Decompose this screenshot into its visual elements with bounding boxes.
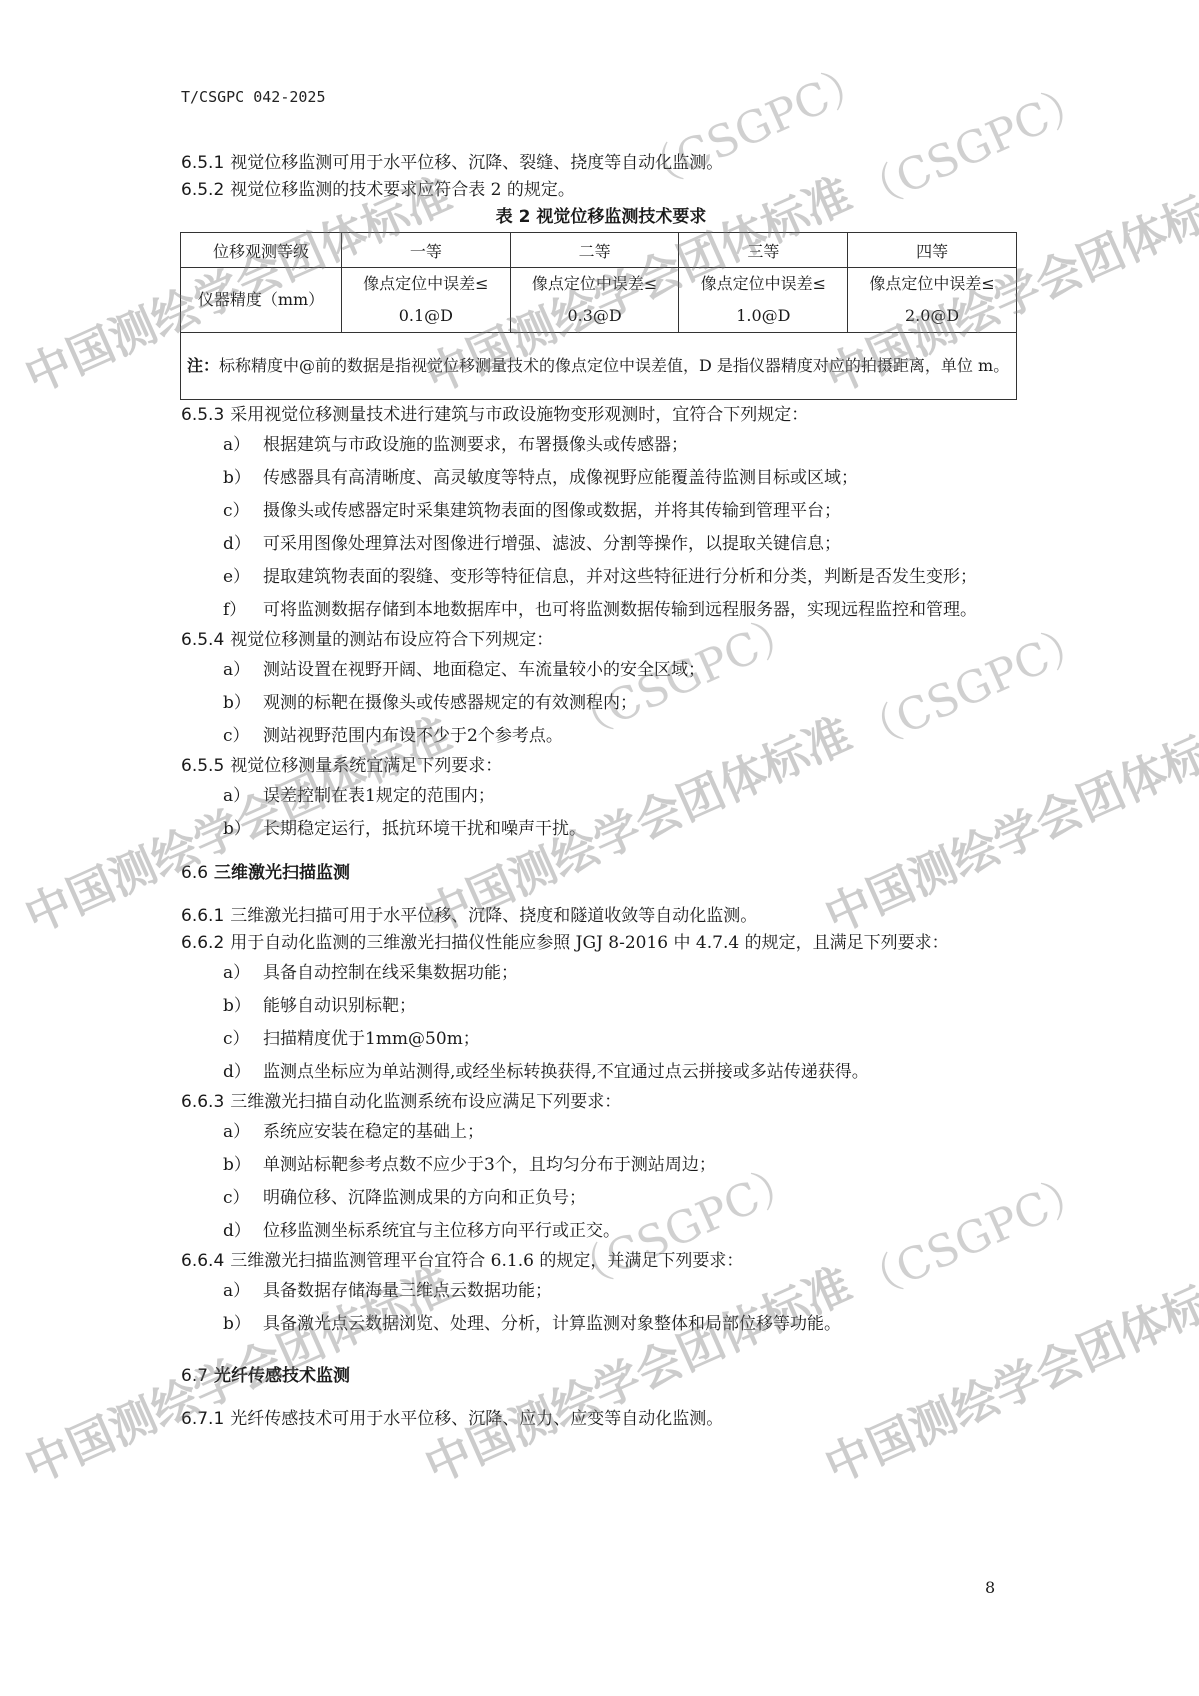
- list-item: c）摄像头或传感器定时采集建筑物表面的图像或数据，并将其传输到管理平台；: [181, 495, 1021, 528]
- table-note: 注：标称精度中@前的数据是指视觉位移测量技术的像点定位中误差值，D 是指仪器精度…: [181, 333, 1017, 400]
- document-page: T/CSGPC 042-2025 6.5.1视觉位移监测可用于水平位移、沉降、裂…: [0, 0, 1199, 1696]
- table-caption: 表 2 视觉位移监测技术要求: [181, 204, 1021, 230]
- clause-6-6-4: 6.6.4三维激光扫描监测管理平台宜符合 6.1.6 的规定，并满足下列要求：: [181, 1248, 1021, 1275]
- clause-6-5-2: 6.5.2视觉位移监测的技术要求应符合表 2 的规定。: [181, 177, 1021, 204]
- table-header-cell: 位移观测等级: [181, 233, 342, 268]
- list-item: a）系统应安装在稳定的基础上；: [181, 1116, 1021, 1149]
- page-number: 8: [985, 1578, 995, 1597]
- table-cell: 像点定位中误差≤0.3@D: [510, 268, 679, 333]
- table-cell: 像点定位中误差≤1.0@D: [679, 268, 848, 333]
- clause-6-6-2: 6.6.2用于自动化监测的三维激光扫描仪性能应参照 JGJ 8-2016 中 4…: [181, 930, 1021, 957]
- list-item: b）观测的标靶在摄像头或传感器规定的有效测程内；: [181, 687, 1021, 720]
- list-item: c）扫描精度优于1mm@50m；: [181, 1023, 1021, 1056]
- document-code: T/CSGPC 042-2025: [181, 88, 326, 106]
- list-item: d）监测点坐标应为单站测得,或经坐标转换获得,不宜通过点云拼接或多站传递获得。: [181, 1056, 1021, 1089]
- list-item: d）可采用图像处理算法对图像进行增强、滤波、分割等操作，以提取关键信息；: [181, 528, 1021, 561]
- table-header-cell: 二等: [510, 233, 679, 268]
- list-item: a）具备数据存储海量三维点云数据功能；: [181, 1275, 1021, 1308]
- page-content: 6.5.1视觉位移监测可用于水平位移、沉降、裂缝、挠度等自动化监测。 6.5.2…: [181, 150, 1021, 1433]
- list-item: b）单测站标靶参考点数不应少于3个，且均匀分布于测站周边；: [181, 1149, 1021, 1182]
- technical-requirements-table: 位移观测等级 一等 二等 三等 四等 仪器精度（mm） 像点定位中误差≤0.1@…: [180, 232, 1017, 400]
- section-heading-6-6: 6.6三维激光扫描监测: [181, 860, 1021, 887]
- clause-6-5-4: 6.5.4视觉位移测量的测站布设应符合下列规定：: [181, 627, 1021, 654]
- table-note-row: 注：标称精度中@前的数据是指视觉位移测量技术的像点定位中误差值，D 是指仪器精度…: [181, 333, 1017, 400]
- clause-6-6-3: 6.6.3三维激光扫描自动化监测系统布设应满足下列要求：: [181, 1089, 1021, 1116]
- row-label: 仪器精度（mm）: [181, 268, 342, 333]
- table-cell: 像点定位中误差≤2.0@D: [848, 268, 1017, 333]
- list-item: b）长期稳定运行，抵抗环境干扰和噪声干扰。: [181, 813, 1021, 846]
- list-item: f）可将监测数据存储到本地数据库中，也可将监测数据传输到远程服务器，实现远程监控…: [181, 594, 1021, 627]
- list-item: a）误差控制在表1规定的范围内；: [181, 780, 1021, 813]
- list-item: a）测站设置在视野开阔、地面稳定、车流量较小的安全区域；: [181, 654, 1021, 687]
- clause-6-7-1: 6.7.1光纤传感技术可用于水平位移、沉降、应力、应变等自动化监测。: [181, 1406, 1021, 1433]
- list-item: b）具备激光点云数据浏览、处理、分析，计算监测对象整体和局部位移等功能。: [181, 1308, 1021, 1341]
- list-item: c）测站视野范围内布设不少于2个参考点。: [181, 720, 1021, 753]
- list-item: a）具备自动控制在线采集数据功能；: [181, 957, 1021, 990]
- table-cell: 像点定位中误差≤0.1@D: [342, 268, 511, 333]
- clause-6-5-3: 6.5.3采用视觉位移测量技术进行建筑与市政设施物变形观测时，宜符合下列规定：: [181, 402, 1021, 429]
- clause-6-5-5: 6.5.5视觉位移测量系统宜满足下列要求：: [181, 753, 1021, 780]
- clause-6-6-1: 6.6.1三维激光扫描可用于水平位移、沉降、挠度和隧道收敛等自动化监测。: [181, 903, 1021, 930]
- list-item: c）明确位移、沉降监测成果的方向和正负号；: [181, 1182, 1021, 1215]
- clause-6-5-1: 6.5.1视觉位移监测可用于水平位移、沉降、裂缝、挠度等自动化监测。: [181, 150, 1021, 177]
- table-header-cell: 一等: [342, 233, 511, 268]
- list-item: b）能够自动识别标靶；: [181, 990, 1021, 1023]
- list-item: b）传感器具有高清晰度、高灵敏度等特点，成像视野应能覆盖待监测目标或区域；: [181, 462, 1021, 495]
- table-header-row: 位移观测等级 一等 二等 三等 四等: [181, 233, 1017, 268]
- table-row: 仪器精度（mm） 像点定位中误差≤0.1@D 像点定位中误差≤0.3@D 像点定…: [181, 268, 1017, 333]
- table-header-cell: 四等: [848, 233, 1017, 268]
- section-heading-6-7: 6.7光纤传感技术监测: [181, 1363, 1021, 1390]
- list-item: a）根据建筑与市政设施的监测要求，布署摄像头或传感器；: [181, 429, 1021, 462]
- table-header-cell: 三等: [679, 233, 848, 268]
- list-item: e）提取建筑物表面的裂缝、变形等特征信息，并对这些特征进行分析和分类，判断是否发…: [181, 561, 1021, 594]
- list-item: d）位移监测坐标系统宜与主位移方向平行或正交。: [181, 1215, 1021, 1248]
